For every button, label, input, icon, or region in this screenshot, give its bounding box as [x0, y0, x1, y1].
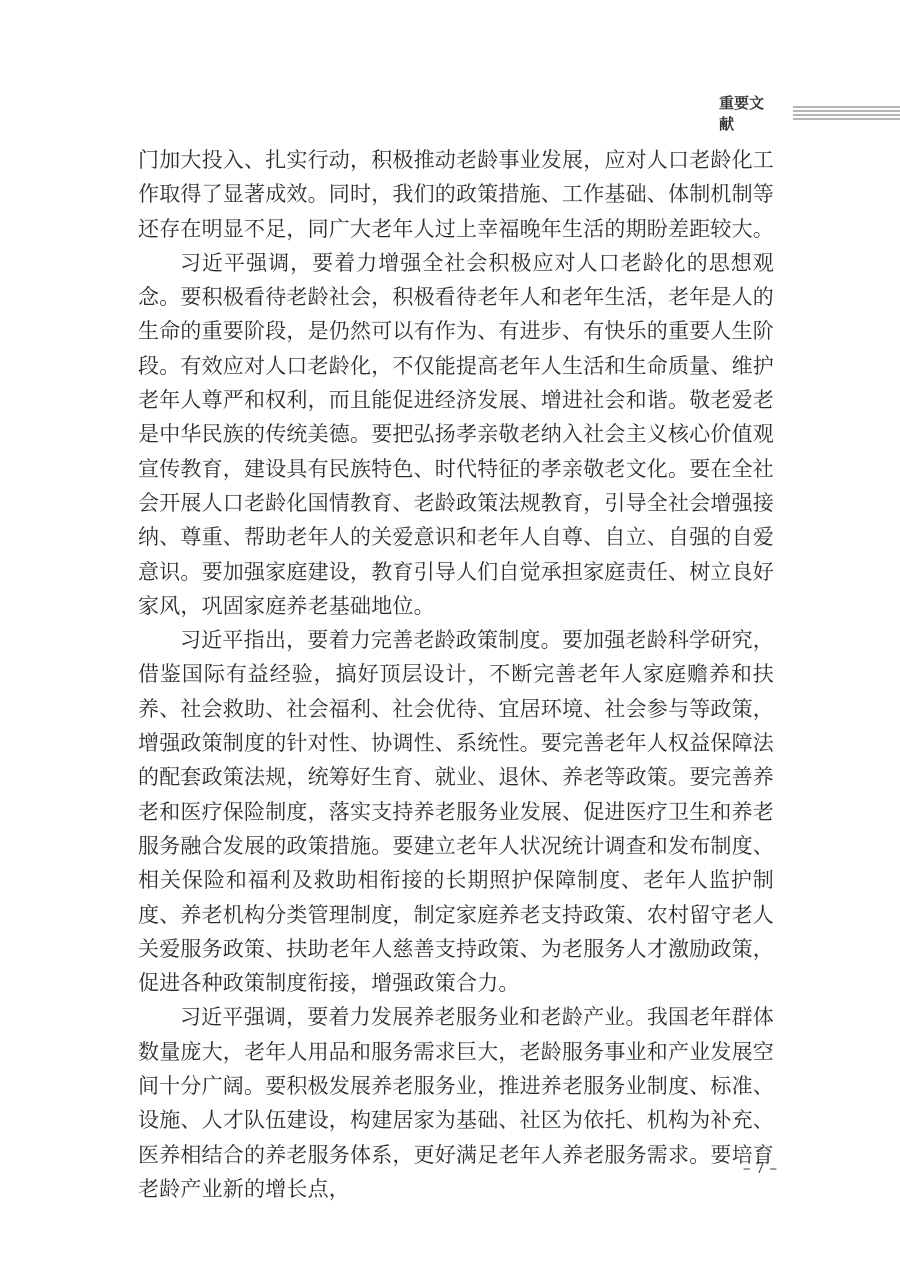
- paragraph-continuation: 门加大投入、扎实行动，积极推动老龄事业发展，应对人口老龄化工作取得了显著成效。同…: [138, 143, 774, 246]
- rule-line: [793, 106, 900, 108]
- rule-line: [793, 110, 900, 112]
- body-text: 门加大投入、扎实行动，积极推动老龄事业发展，应对人口老龄化工作取得了显著成效。同…: [138, 143, 774, 1206]
- page-number: – 7 –: [743, 1159, 777, 1177]
- paragraph-industry: 习近平强调，要着力发展养老服务业和老龄产业。我国老年群体数量庞大，老年人用品和服…: [138, 1000, 774, 1206]
- paragraph-ideology: 习近平强调，要着力增强全社会积极应对人口老龄化的思想观念。要积极看待老龄社会，积…: [138, 246, 774, 623]
- running-header: 重要文献: [719, 92, 900, 134]
- rule-line: [793, 114, 900, 116]
- section-title: 重要文献: [719, 92, 779, 134]
- paragraph-policy: 习近平指出，要着力完善老龄政策制度。要加强老龄科学研究，借鉴国际有益经验，搞好顶…: [138, 623, 774, 1000]
- header-decorative-rules: [793, 106, 900, 120]
- rule-line: [793, 118, 900, 120]
